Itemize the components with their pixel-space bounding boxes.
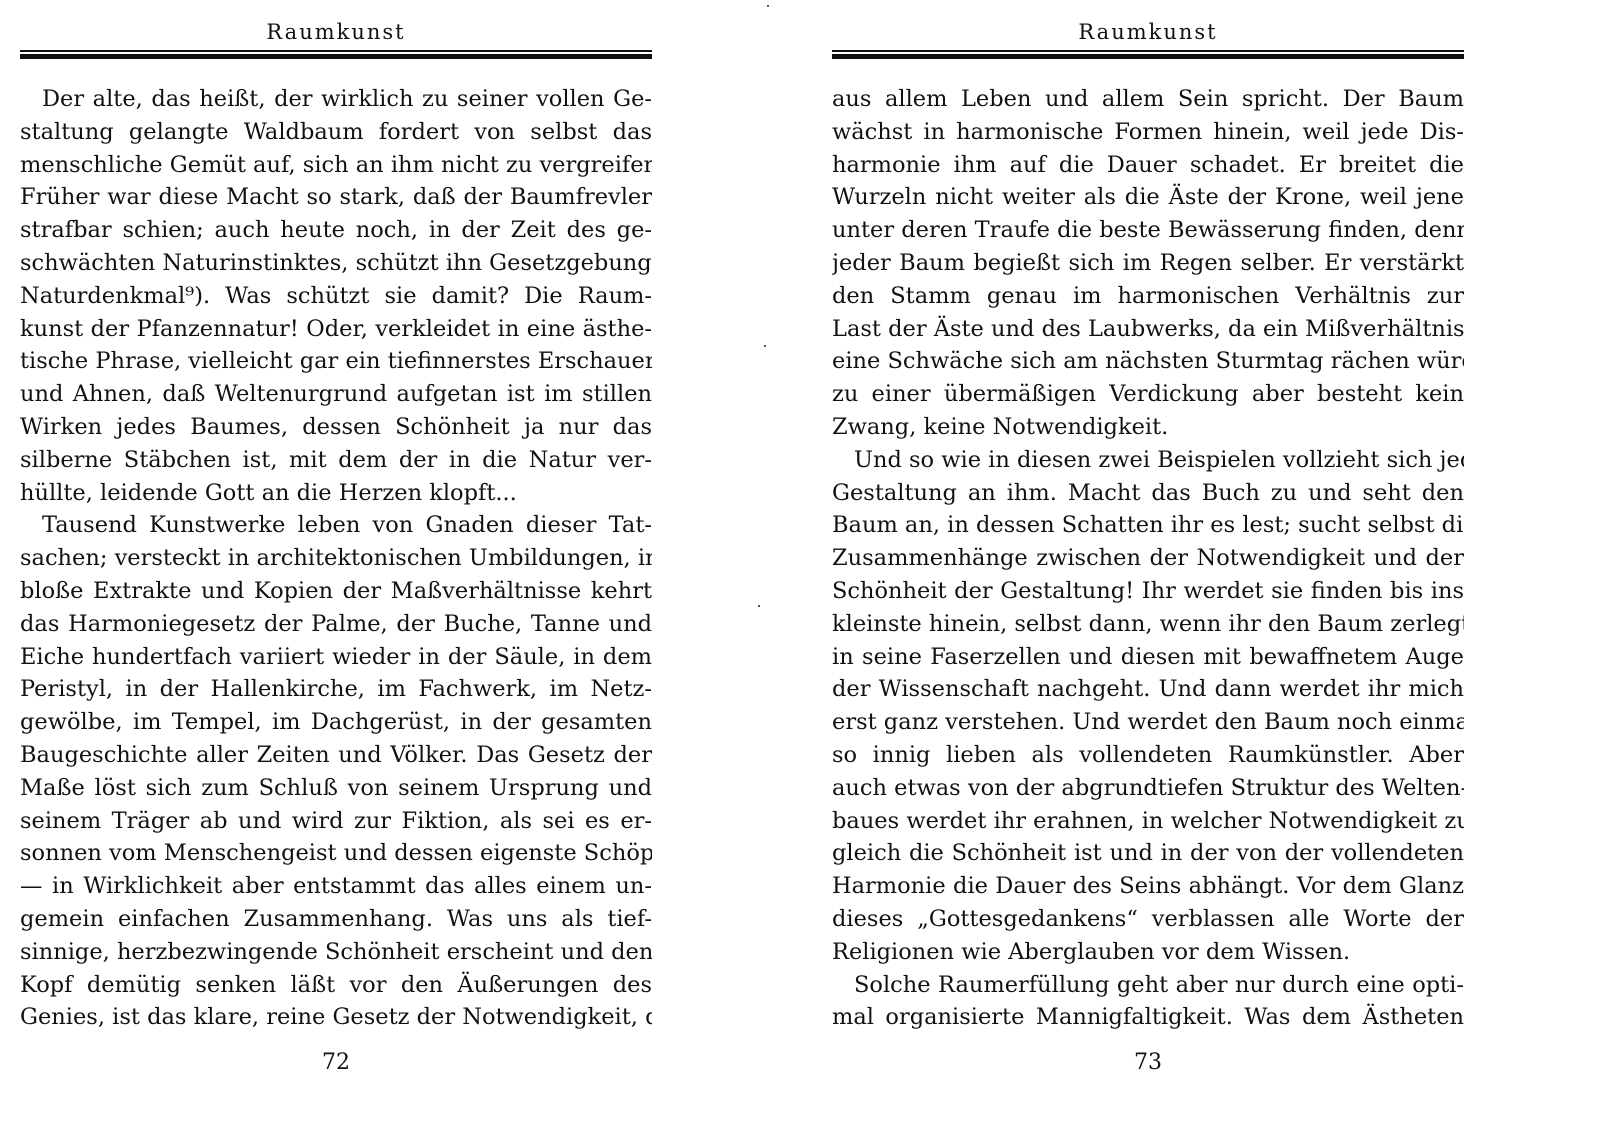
text-line: Solche Raumerfüllung geht aber nur durch…	[832, 969, 1464, 1002]
running-head: Raumkunst	[832, 20, 1464, 44]
right-page: Raumkunst aus allem Leben und allem Sein…	[832, 0, 1464, 1141]
text-line: Kopf demütig senken läßt vor den Äußerun…	[20, 969, 652, 1002]
text-line: Harmonie die Dauer des Seins abhängt. Vo…	[832, 870, 1464, 903]
text-line: eine Schwäche sich am nächsten Sturmtag …	[832, 345, 1464, 378]
text-line: Eiche hundertfach variiert wieder in der…	[20, 641, 652, 674]
text-line: Schönheit der Gestaltung! Ihr werdet sie…	[832, 575, 1464, 608]
text-line: Baugeschichte aller Zeiten und Völker. D…	[20, 739, 652, 772]
text-line: seinem Träger ab und wird zur Fiktion, a…	[20, 805, 652, 838]
text-line: Religionen wie Aberglauben vor dem Wisse…	[832, 936, 1464, 969]
text-line: auch etwas von der abgrundtiefen Struktu…	[832, 772, 1464, 805]
page-number: 73	[832, 1050, 1464, 1075]
text-line: wächst in harmonische Formen hinein, wei…	[832, 116, 1464, 149]
text-line: Wirken jedes Baumes, dessen Schönheit ja…	[20, 411, 652, 444]
text-line: aus allem Leben und allem Sein spricht. …	[832, 83, 1464, 116]
text-line: kleinste hinein, selbst dann, wenn ihr d…	[832, 608, 1464, 641]
text-line: harmonie ihm auf die Dauer schadet. Er b…	[832, 149, 1464, 182]
text-line: Gestaltung an ihm. Macht das Buch zu und…	[832, 477, 1464, 510]
text-line: mal organisierte Mannigfaltigkeit. Was d…	[832, 1001, 1464, 1034]
text-line: erst ganz verstehen. Und werdet den Baum…	[832, 706, 1464, 739]
text-line: Baum an, in dessen Schatten ihr es lest;…	[832, 509, 1464, 542]
text-line: zu einer übermäßigen Verdickung aber bes…	[832, 378, 1464, 411]
text-line: Der alte, das heißt, der wirklich zu sei…	[20, 83, 652, 116]
text-line: Naturdenkmal⁹). Was schützt sie damit? D…	[20, 280, 652, 313]
running-head: Raumkunst	[20, 20, 652, 44]
page-number: 72	[20, 1050, 652, 1075]
text-line: Tausend Kunstwerke leben von Gnaden dies…	[20, 509, 652, 542]
text-line: sachen; versteckt in architektonischen U…	[20, 542, 652, 575]
text-line: staltung gelangte Waldbaum fordert von s…	[20, 116, 652, 149]
text-line: sonnen vom Menschengeist und dessen eige…	[20, 837, 652, 870]
text-line: sinnige, herzbezwingende Schönheit ersch…	[20, 936, 652, 969]
text-line: Wurzeln nicht weiter als die Äste der Kr…	[832, 181, 1464, 214]
text-line: bloße Extrakte und Kopien der Maßverhält…	[20, 575, 652, 608]
text-line: den Stamm genau im harmonischen Verhältn…	[832, 280, 1464, 313]
text-line: Genies, ist das klare, reine Gesetz der …	[20, 1001, 652, 1034]
text-line: Und so wie in diesen zwei Beispielen vol…	[832, 444, 1464, 477]
text-line: der Wissenschaft nachgeht. Und dann werd…	[832, 673, 1464, 706]
text-line: Früher war diese Macht so stark, daß der…	[20, 181, 652, 214]
text-line: Zusammenhänge zwischen der Notwendigkeit…	[832, 542, 1464, 575]
header-rule	[832, 50, 1464, 59]
text-line: Last der Äste und des Laubwerks, da ein …	[832, 313, 1464, 346]
text-line: strafbar schien; auch heute noch, in der…	[20, 214, 652, 247]
text-line: und Ahnen, daß Weltenurgrund aufgetan is…	[20, 378, 652, 411]
text-line: unter deren Traufe die beste Bewässerung…	[832, 214, 1464, 247]
text-line: Zwang, keine Notwendigkeit.	[832, 411, 1464, 444]
scan-speck	[758, 605, 760, 607]
body-text: aus allem Leben und allem Sein spricht. …	[832, 83, 1464, 1034]
text-line: Maße löst sich zum Schluß von seinem Urs…	[20, 772, 652, 805]
text-line: Peristyl, in der Hallenkirche, im Fachwe…	[20, 673, 652, 706]
text-line: gleich die Schönheit ist und in der von …	[832, 837, 1464, 870]
text-line: — in Wirklichkeit aber entstammt das all…	[20, 870, 652, 903]
scan-speck	[767, 5, 769, 7]
text-line: baues werdet ihr erahnen, in welcher Not…	[832, 805, 1464, 838]
text-line: schwächten Naturinstinktes, schützt ihn …	[20, 247, 652, 280]
text-line: jeder Baum begießt sich im Regen selber.…	[832, 247, 1464, 280]
text-line: so innig lieben als vollendeten Raumküns…	[832, 739, 1464, 772]
text-line: kunst der Pfanzennatur! Oder, verkleidet…	[20, 313, 652, 346]
body-text: Der alte, das heißt, der wirklich zu sei…	[20, 83, 652, 1034]
text-line: menschliche Gemüt auf, sich an ihm nicht…	[20, 149, 652, 182]
scan-speck	[764, 345, 766, 347]
text-line: tische Phrase, vielleicht gar ein tiefin…	[20, 345, 652, 378]
text-line: das Harmoniegesetz der Palme, der Buche,…	[20, 608, 652, 641]
text-line: in seine Faserzellen und diesen mit bewa…	[832, 641, 1464, 674]
text-line: silberne Stäbchen ist, mit dem der in di…	[20, 444, 652, 477]
text-line: gewölbe, im Tempel, im Dachgerüst, in de…	[20, 706, 652, 739]
text-line: hüllte, leidende Gott an die Herzen klop…	[20, 477, 652, 510]
text-line: dieses „Gottesgedankens“ verblassen alle…	[832, 903, 1464, 936]
left-page: Raumkunst Der alte, das heißt, der wirkl…	[20, 0, 652, 1141]
text-line: gemein einfachen Zusammenhang. Was uns a…	[20, 903, 652, 936]
header-rule	[20, 50, 652, 59]
